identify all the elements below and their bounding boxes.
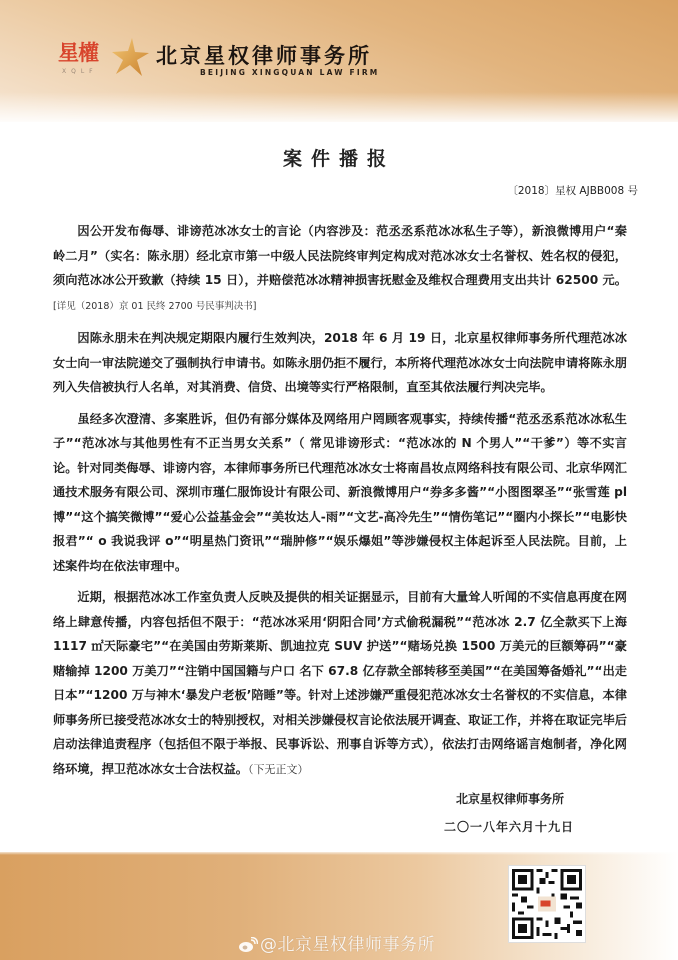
- signature-firm: 北京星权律师事务所: [456, 790, 564, 807]
- weibo-watermark: @北京星权律师事务所: [238, 930, 435, 955]
- end-of-text-note: （下无正文）: [248, 763, 309, 776]
- paragraph-4: 近期，根据范冰冰工作室负责人反映及提供的相关证据显示，目前有大量耸人听闻的不实信…: [53, 585, 627, 782]
- star-icon: [108, 36, 150, 78]
- logo-english: XQLF: [62, 68, 98, 75]
- firm-logo: 星權 XQLF 北京星权律师事务所 BEIJING XINGQUAN LAW F…: [58, 36, 418, 86]
- paragraph-2: 因陈永朋未在判决规定期限内履行生效判决，2018 年 6 月 19 日，北京星权…: [53, 326, 627, 400]
- document-body: 因公开发布侮辱、诽谤范冰冰女士的言论（内容涉及：范丞丞系范冰冰私生子等），新浪微…: [53, 219, 627, 789]
- signature-date: 二〇一八年六月十九日: [444, 818, 574, 835]
- paragraph-3: 虽经多次澄清、多案胜诉，但仍有部分媒体及网络用户罔顾客观事实，持续传播“范丞丞系…: [53, 407, 627, 579]
- watermark-text: @北京星权律师事务所: [260, 935, 435, 955]
- paragraph-1: 因公开发布侮辱、诽谤范冰冰女士的言论（内容涉及：范丞丞系范冰冰私生子等），新浪微…: [53, 219, 627, 319]
- letterhead-banner: 星權 XQLF 北京星权律师事务所 BEIJING XINGQUAN LAW F…: [0, 0, 678, 122]
- paragraph-2-text: 因陈永朋未在判决规定期限内履行生效判决，2018 年 6 月 19 日，北京星权…: [53, 331, 627, 394]
- reference-number: 〔2018〕星权 AJBB008 号: [507, 183, 638, 198]
- paragraph-1-text: 因公开发布侮辱、诽谤范冰冰女士的言论（内容涉及：范丞丞系范冰冰私生子等），新浪微…: [53, 224, 627, 287]
- document-title: 案件播报: [0, 144, 678, 171]
- judgment-reference-note: [详见（2018）京 01 民终 2700 号民事判决书]: [53, 301, 256, 312]
- paragraph-3-text: 虽经多次澄清、多案胜诉，但仍有部分媒体及网络用户罔顾客观事实，持续传播“范丞丞系…: [53, 412, 627, 573]
- qr-code[interactable]: [508, 865, 586, 943]
- firm-name: 北京星权律师事务所: [156, 40, 372, 70]
- weibo-icon: [238, 937, 258, 953]
- paragraph-4-text: 近期，根据范冰冰工作室负责人反映及提供的相关证据显示，目前有大量耸人听闻的不实信…: [53, 590, 627, 776]
- firm-name-english: BEIJING XINGQUAN LAW FIRM: [200, 68, 379, 77]
